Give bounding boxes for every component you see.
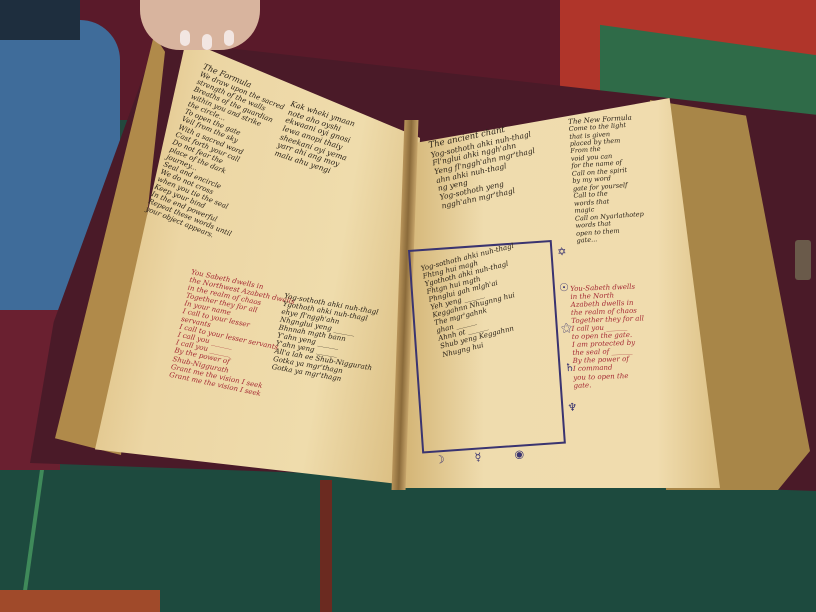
person-sleeve (0, 0, 80, 40)
right-red-invocation: You-Sabeth dwells in the North Azabeth d… (570, 282, 646, 389)
right-red-text: You-Sabeth dwells in the North Azabeth d… (570, 282, 646, 389)
right-corner-block: The New Formula Come to the light that i… (568, 113, 646, 245)
sigil-icon: ◉ (514, 447, 524, 461)
carpet-orange-corner (0, 590, 160, 612)
sigil-icon: ✡ (557, 245, 567, 259)
carpet-stripe-red (320, 480, 332, 612)
sigil-icon: ☉ (559, 281, 570, 295)
fingernail (224, 30, 234, 46)
left-lower-chant: Yog-sothoth ahki nuh-thagl Ygothoth ahki… (271, 292, 382, 388)
sigil-icon: ☿ (474, 450, 482, 463)
fingernail (180, 30, 190, 46)
person-hand (140, 0, 260, 50)
sigil-icon: ⚝ (561, 321, 573, 336)
sigil-icon: ♄ (564, 361, 575, 375)
fingernail (202, 34, 212, 50)
left-lower-text: Yog-sothoth ahki nuh-thagl Ygothoth ahki… (271, 292, 382, 388)
book-clasp (795, 240, 811, 280)
sigil-icon: ♆ (567, 401, 578, 415)
right-corner-text: Come to the light that is given placed b… (569, 121, 646, 245)
sigil-icon: ☽ (434, 453, 445, 467)
photo-scene: The Formula We draw upon the sacred stre… (0, 0, 816, 612)
